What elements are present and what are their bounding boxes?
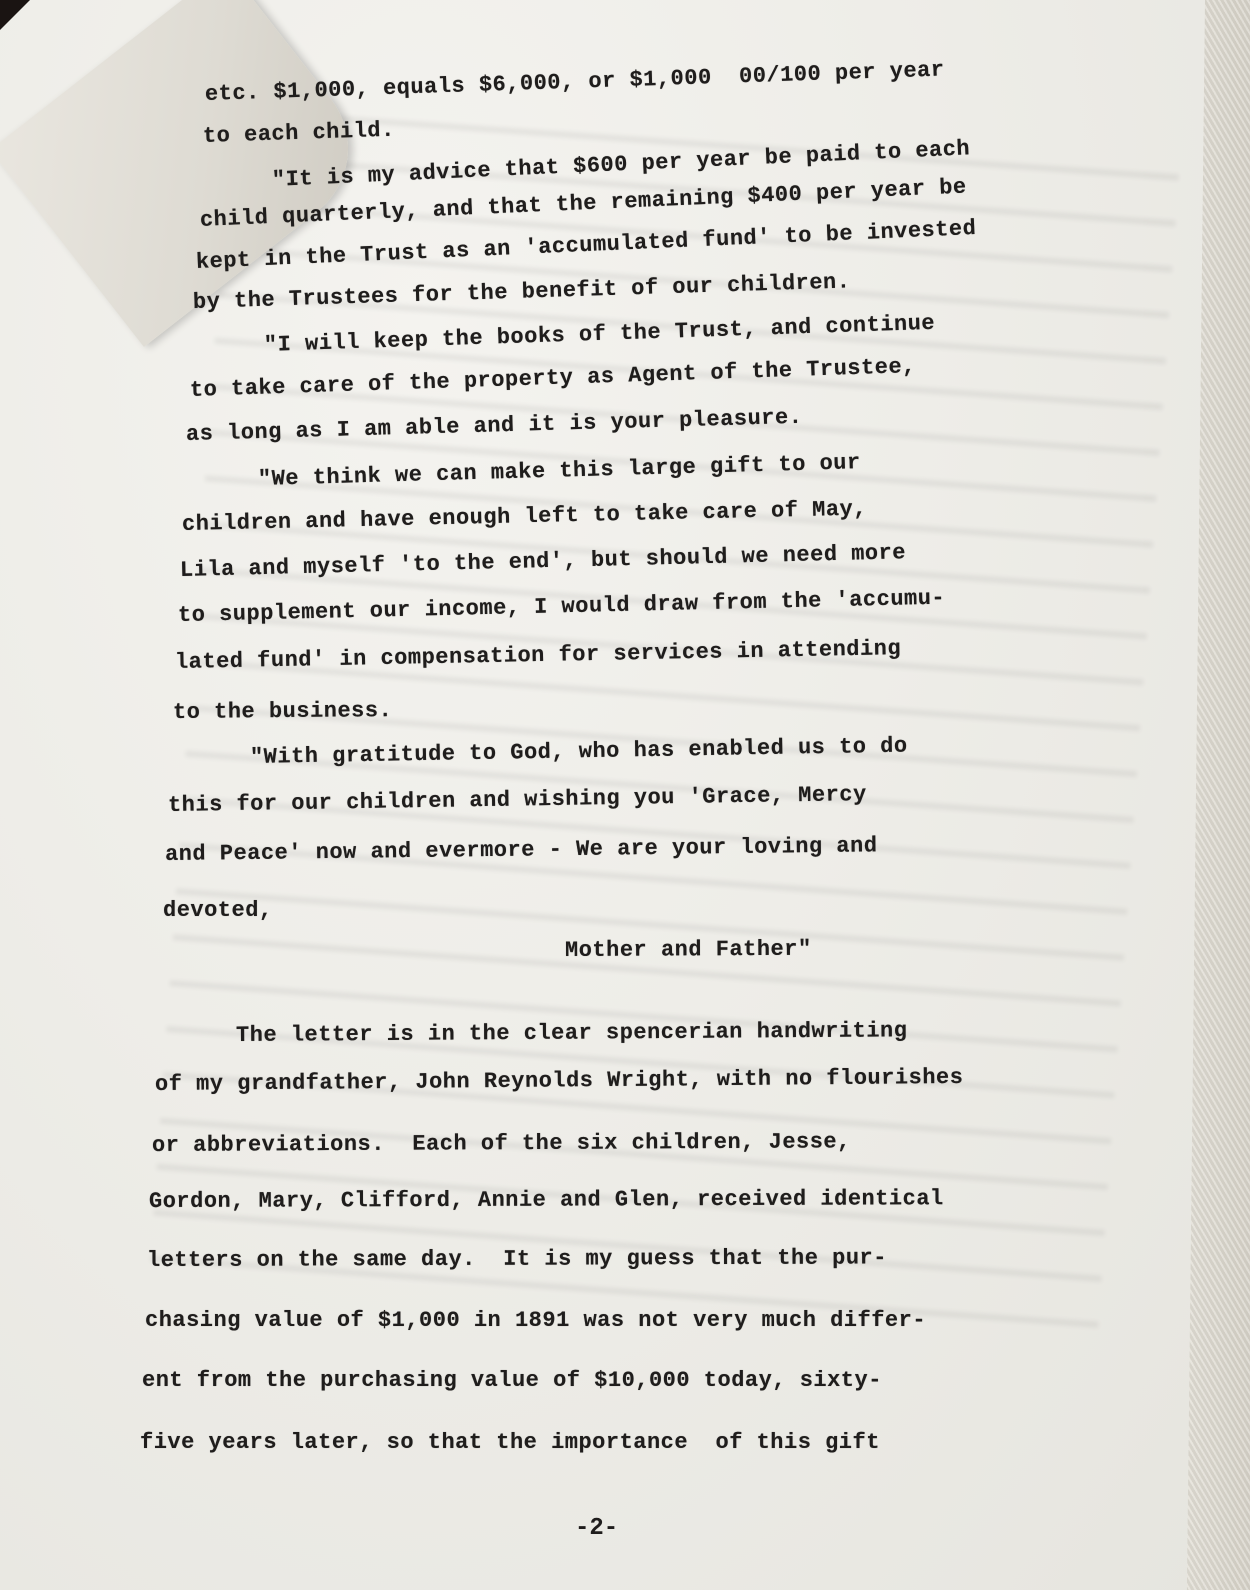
text-line: to the business. — [173, 698, 392, 725]
text-line: as long as I am able and it is your plea… — [186, 405, 803, 447]
text-line: this for our children and wishing you 'G… — [168, 782, 867, 818]
text-line: to each child. — [203, 118, 396, 149]
text-line: devoted, — [163, 898, 273, 923]
text-line: by the Trustees for the benefit of our c… — [193, 269, 851, 315]
page-number: -2- — [575, 1515, 618, 1542]
text-line: "We think we can make this large gift to… — [258, 450, 861, 492]
text-line: to supplement our income, I would draw f… — [178, 586, 946, 628]
text-line: lated fund' in compensation for services… — [175, 636, 902, 675]
text-line: children and have enough left to take ca… — [182, 496, 868, 537]
text-line: "I will keep the books of the Trust, and… — [264, 311, 936, 358]
text-line: five years later, so that the importance… — [140, 1430, 880, 1455]
text-line: Lila and myself 'to the end', but should… — [180, 540, 907, 583]
text-line: "With gratitude to God, who has enabled … — [250, 734, 908, 770]
text-line: and Peace' now and evermore - We are you… — [165, 833, 878, 867]
text-line: Gordon, Mary, Clifford, Annie and Glen, … — [149, 1186, 944, 1214]
text-line: or abbreviations. Each of the six childr… — [152, 1129, 851, 1158]
text-line: to take care of the property as Agent of… — [190, 354, 917, 403]
text-line: etc. $1,000, equals $6,000, or $1,000 00… — [205, 57, 945, 107]
typed-text-block: etc. $1,000, equals $6,000, or $1,000 00… — [0, 0, 1250, 1590]
text-line: ent from the purchasing value of $10,000… — [142, 1368, 882, 1393]
text-line: The letter is in the clear spencerian ha… — [236, 1018, 908, 1048]
letter-signature: Mother and Father" — [565, 937, 812, 963]
text-line: chasing value of $1,000 in 1891 was not … — [145, 1308, 926, 1333]
text-line: of my grandfather, John Reynolds Wright,… — [155, 1065, 964, 1097]
text-line: letters on the same day. It is my guess … — [147, 1245, 887, 1273]
